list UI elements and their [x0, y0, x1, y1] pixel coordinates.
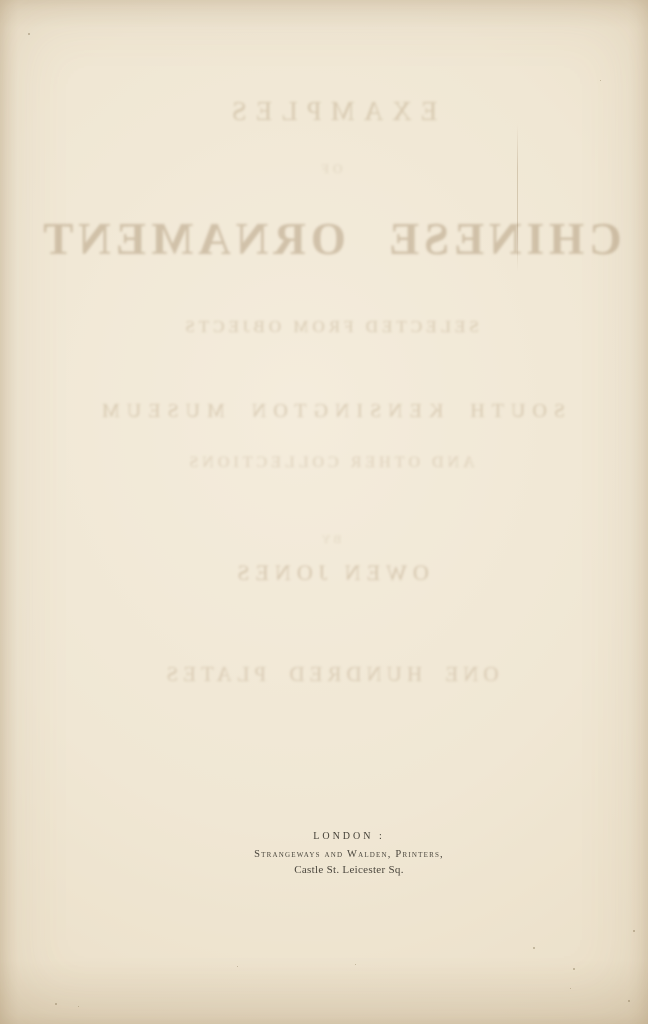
show-through-collections: AND OTHER COLLECTIONS	[12, 454, 648, 472]
imprint-printer-line: Strangeways and Walden, Printers,	[25, 849, 648, 860]
show-through-author: OWEN JONES	[12, 560, 648, 586]
book-page: EXAMPLES OF CHINESE ORNAMENT SELECTED FR…	[0, 0, 648, 1024]
show-through-title: CHINESE ORNAMENT	[12, 213, 648, 265]
imprint-city-line: LONDON :	[25, 831, 648, 842]
imprint-address-line: Castle St. Leicester Sq.	[25, 864, 648, 876]
show-through-plates: ONE HUNDRED PLATES	[12, 662, 648, 687]
show-through-examples: EXAMPLES	[12, 96, 648, 127]
show-through-of: OF	[12, 161, 648, 177]
show-through-museum: SOUTH KENSINGTON MUSEUM	[12, 400, 648, 423]
show-through-selected: SELECTED FROM OBJECTS	[12, 317, 648, 337]
paper-crease	[517, 124, 518, 272]
show-through-by: BY	[12, 532, 648, 547]
printer-imprint: LONDON : Strangeways and Walden, Printer…	[25, 831, 648, 876]
